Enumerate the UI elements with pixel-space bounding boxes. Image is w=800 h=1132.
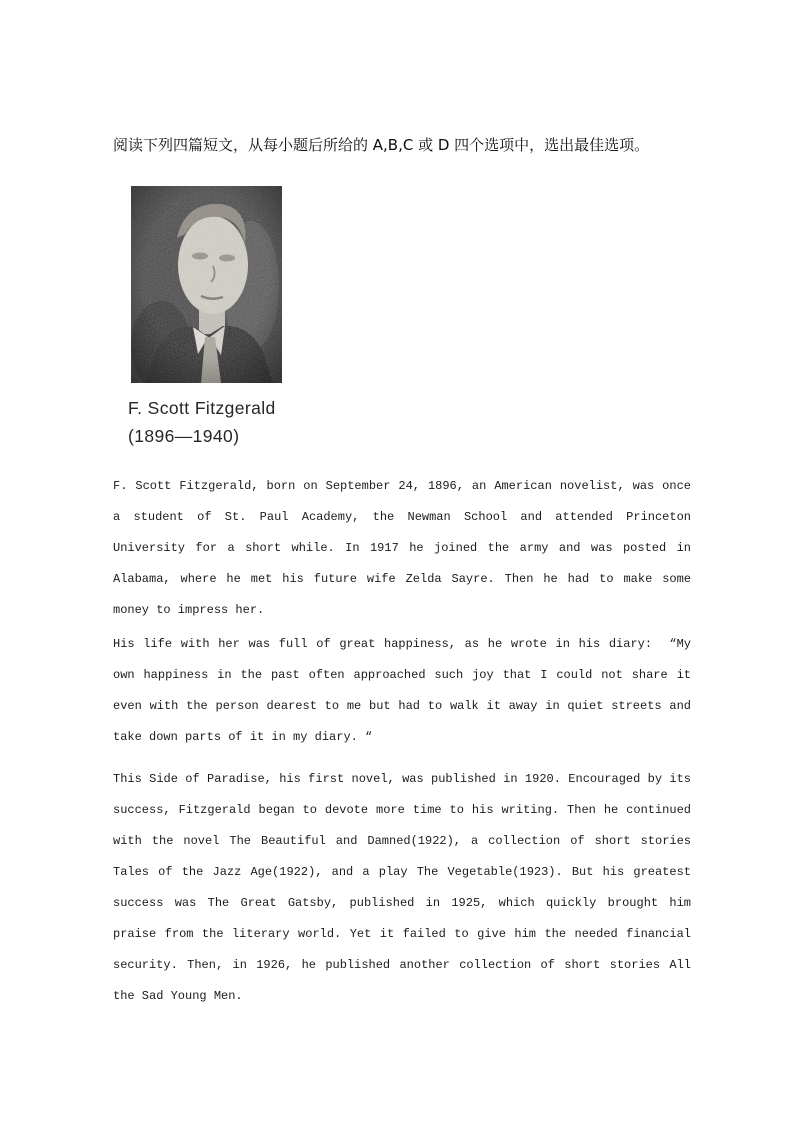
text-line: University for a short while. In 1917 he… [113,533,691,564]
page-content: 阅读下列四篇短文，从每小题后所给的 A,B,C 或 D 四个选项中，选出最佳选项… [113,0,691,1012]
text-line: success was The Great Gatsby, published … [113,888,691,919]
text-line: Tales of the Jazz Age(1922), and a play … [113,857,691,888]
paragraph-1: F. Scott Fitzgerald, born on September 2… [113,471,691,626]
text-line: with the novel The Beautiful and Damned(… [113,826,691,857]
caption-name: F. Scott Fitzgerald [128,394,298,422]
text-line: F. Scott Fitzgerald, born on September 2… [113,471,691,502]
document-page: 阅读下列四篇短文，从每小题后所给的 A,B,C 或 D 四个选项中，选出最佳选项… [0,0,800,1132]
text-line: even with the person dearest to me but h… [113,691,691,722]
fitzgerald-portrait-photo [131,186,282,383]
reading-passage: F. Scott Fitzgerald, born on September 2… [113,471,691,1012]
paragraph-2: His life with her was full of great happ… [113,629,691,753]
photo-caption: F. Scott Fitzgerald (1896—1940) [128,394,298,450]
exam-instruction-text: 阅读下列四篇短文，从每小题后所给的 A,B,C 或 D 四个选项中，选出最佳选项… [113,0,691,156]
text-line: the Sad Young Men. [113,981,691,1012]
text-line: This Side of Paradise, his first novel, … [113,764,691,795]
text-line: money to impress her. [113,595,691,626]
text-line: praise from the literary world. Yet it f… [113,919,691,950]
caption-years: (1896—1940) [128,422,298,450]
text-line: security. Then, in 1926, he published an… [113,950,691,981]
text-line: own happiness in the past often approach… [113,660,691,691]
text-line: His life with her was full of great happ… [113,629,691,660]
text-line: take down parts of it in my diary. “ [113,722,691,753]
text-line: Alabama, where he met his future wife Ze… [113,564,691,595]
text-line: a student of St. Paul Academy, the Newma… [113,502,691,533]
text-line: success, Fitzgerald began to devote more… [113,795,691,826]
paragraph-3: This Side of Paradise, his first novel, … [113,764,691,1012]
portrait-figure: F. Scott Fitzgerald (1896—1940) [128,186,298,450]
